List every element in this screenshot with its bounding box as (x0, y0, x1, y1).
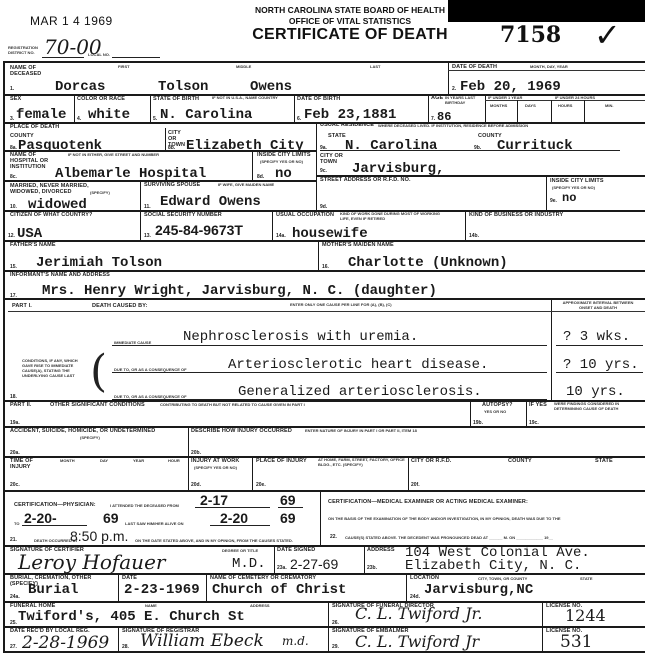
date-received-value: 2-28-1969 (22, 633, 109, 653)
usual-residence-label: USUAL RESIDENCE (320, 122, 374, 128)
surviving-spouse-label: SURVIVING SPOUSE (144, 182, 200, 188)
city-or-town-label: CITY OR TOWN (320, 153, 344, 165)
informant-value: Mrs. Henry Wright, Jarvisburg, N. C. (da… (42, 284, 437, 298)
state-of-birth-label: STATE OF BIRTH (153, 96, 199, 102)
conditions-note: CONDITIONS, IF ANY, WHICH GAVE RISE TO I… (22, 358, 84, 378)
state-of-birth-note: IF NOT IN U.S.A., NAME COUNTRY (212, 95, 282, 100)
month-label: MONTH (60, 458, 75, 463)
attended-from-label: I ATTENDED THE DECEASED FROM (110, 503, 179, 508)
embalmer-signature: C. L. Twiford Jr (355, 632, 479, 651)
hospital-value: Albemarle Hospital (55, 167, 206, 181)
other-conditions-note: CONTRIBUTING TO DEATH BUT NOT RELATED TO… (160, 402, 305, 407)
first-name-value: Dorcas (55, 80, 105, 94)
state-of-birth-value: N. Carolina (160, 108, 252, 122)
item-number: 23a. (277, 565, 287, 571)
race-value: white (88, 108, 130, 122)
last-label: LAST (370, 64, 380, 69)
embalmer-license-value: 531 (560, 632, 592, 652)
one-cause-note: ENTER ONLY ONE CAUSE PER LINE FOR (a), (… (290, 302, 392, 307)
item-number: 20d. (191, 482, 201, 488)
last-saw-label: LAST SAW HIM/HER ALIVE ON (125, 521, 184, 526)
me-pronounced-note: CAUSE(S) STATED ABOVE. THE DECEDENT WAS … (345, 535, 553, 540)
spouse-note: IF WIFE, GIVE MAIDEN NAME (218, 182, 274, 187)
autopsy-label: AUTOPSY? (482, 402, 513, 408)
other-conditions-label: OTHER SIGNIFICANT CONDITIONS (50, 402, 145, 408)
occupation-note: KIND OF WORK DONE DURING MOST OF WORKING… (340, 211, 450, 221)
first-label: FIRST (118, 64, 130, 69)
ssn-label: SOCIAL SECURITY NUMBER (144, 212, 222, 218)
marital-status-label: MARRIED, NEVER MARRIED, WIDOWED, DIVORCE… (10, 183, 90, 195)
injury-county-label: COUNTY (508, 458, 532, 464)
citizenship-value: USA (17, 227, 42, 241)
local-no-label: LOCAL NO. (88, 52, 110, 57)
date-of-birth-value: Feb 23,1881 (304, 108, 396, 122)
place-of-injury-note: AT HOME, FARM, STREET, FACTORY, OFFICE B… (318, 457, 408, 467)
agency-line-2: OFFICE OF VITAL STATISTICS (210, 16, 490, 26)
item-number: 28. (122, 644, 129, 650)
part-2-label: PART II. (10, 402, 31, 408)
inside-city-limits-label: INSIDE CITY LIMITS (257, 152, 311, 158)
cause-c-interval: 10 yrs. (566, 385, 625, 399)
degree-label: DEGREE OR TITLE (222, 548, 258, 553)
funeral-home-value: Twiford's, 405 E. Church St (18, 610, 245, 624)
registrar-suffix: m.d. (282, 634, 309, 648)
describe-injury-note: ENTER NATURE OF INJURY IN PART I OR PART… (305, 428, 417, 433)
item-number: 20e. (256, 482, 266, 488)
attended-from-value: 2-17 (200, 493, 228, 507)
cemetery-value: Church of Christ (212, 583, 346, 597)
hospital-label: NAME OF HOSPITAL OR INSTITUTION (10, 152, 58, 170)
street-address-label: STREET ADDRESS OR R.F.D. No. (320, 177, 411, 183)
attended-to-value: 2-20- (24, 511, 57, 525)
cause-c-value: Generalized arteriosclerosis. (238, 385, 482, 399)
specify-yes-no-note: (SPECIFY YES OR NO) (552, 185, 595, 190)
inside-city-limits-death-value: no (275, 167, 292, 181)
hospital-note: IF NOT IN EITHER, GIVE STREET AND NUMBER (68, 152, 159, 157)
location-state-label: STATE (580, 576, 593, 581)
item-number: 13. (144, 233, 151, 239)
describe-injury-label: DESCRIBE HOW INJURY OCCURRED (191, 428, 292, 434)
attended-from-year: 69 (280, 493, 296, 507)
days-label: DAYS (525, 103, 536, 108)
occupation-label: USUAL OCCUPATION (276, 212, 334, 218)
item-number: 29. (332, 644, 339, 650)
location-label: LOCATION (410, 575, 439, 581)
specify-note: (SPECIFY) (80, 435, 100, 440)
item-number: 20c. (10, 482, 20, 488)
item-number: 9c. (320, 168, 327, 174)
degree-value: M.D. (232, 557, 266, 571)
received-stamp: MAR 1 4 1969 (30, 14, 113, 28)
death-time-value: 8:50 p.m. (70, 529, 128, 543)
ssn-value: 245-84-9673T (155, 223, 243, 237)
day-label: DAY (100, 458, 108, 463)
months-label: MONTHS (490, 103, 507, 108)
item-number: 20f. (411, 482, 420, 488)
informant-label: INFORMANT'S NAME AND ADDRESS (10, 272, 110, 278)
surviving-spouse-value: Edward Owens (160, 195, 261, 209)
cause-b-interval: ? 10 yrs. (563, 358, 639, 372)
hour-label: HOUR (168, 458, 180, 463)
burial-date-value: 2-23-1969 (124, 583, 200, 597)
sex-label: SEX (10, 96, 21, 102)
hours-label: HOURS (558, 103, 572, 108)
burial-date-label: DATE (122, 575, 137, 581)
mother-label: MOTHER'S MAIDEN NAME (322, 242, 394, 248)
injury-at-work-label: INJURY AT WORK (191, 458, 239, 464)
residence-inside-city-limits-label: INSIDE CITY LIMITS (550, 178, 604, 184)
if-yes-note: WERE FINDINGS CONSIDERED IN DETERMINING … (554, 401, 642, 411)
registrar-signature: William Ebeck (140, 631, 264, 651)
city-or-rfd-label: CITY OR R.F.D. (411, 458, 451, 464)
autopsy-note: YES OR NO (484, 409, 506, 414)
age-label: AGE (431, 95, 443, 101)
cause-b-value: Arteriosclerotic heart disease. (228, 358, 488, 372)
item-number: 23b. (367, 565, 377, 571)
address-label: ADDRESS (367, 547, 395, 553)
item-number: 24d. (410, 594, 420, 600)
date-signed-label: DATE SIGNED (277, 547, 315, 553)
item-number: 14b. (469, 233, 479, 239)
specify-note: (SPECIFY) (90, 190, 110, 195)
address-line-2: Elizabeth City, N. C. (405, 559, 581, 573)
certifier-signature: Leroy Hofauer (18, 550, 165, 574)
fd-license-value: 1244 (565, 606, 606, 625)
age-note: IN YEARS LAST BIRTHDAY (445, 95, 480, 105)
race-label: COLOR OR RACE (77, 96, 125, 102)
cause-a-interval: ? 3 wks. (563, 330, 630, 344)
funeral-address-label: ADDRESS (250, 603, 270, 608)
year-label: YEAR (133, 458, 144, 463)
certificate-title: CERTIFICATE OF DEATH (210, 26, 490, 44)
check-mark-icon: ✓ (594, 16, 621, 54)
item-number: 21. (10, 537, 17, 543)
date-signed-value: 2-27-69 (290, 557, 338, 571)
burial-method-value: Burial (28, 583, 78, 597)
father-label: FATHER'S NAME (10, 242, 56, 248)
if-yes-label: IF YES (529, 402, 547, 408)
date-of-birth-label: DATE OF BIRTH (297, 96, 340, 102)
to-label: TO (14, 521, 19, 526)
registration-label: REGISTRATION DISTRICT NO. (8, 45, 42, 55)
place-of-injury-label: PLACE OF INJURY (256, 458, 307, 464)
usual-residence-note: WHERE DECEASED LIVED. IF INSTITUTION, RE… (378, 123, 528, 128)
on-date-stated-label: ON THE DATE STATED ABOVE, AND IN MY OPIN… (135, 538, 293, 543)
specify-yes-no-note: (SPECIFY YES OR NO) (260, 159, 303, 164)
death-caused-by-label: DEATH CAUSED BY: (92, 303, 147, 309)
middle-label: MIDDLE (236, 64, 251, 69)
bracket: ( (90, 350, 107, 394)
item-number: 14a. (276, 233, 286, 239)
injury-state-label: STATE (595, 458, 613, 464)
name-label: NAME (145, 603, 157, 608)
sex-value: female (16, 108, 66, 122)
accident-label: ACCIDENT, SUICIDE, HOMICIDE, OR UNDETERM… (10, 428, 155, 434)
place-of-death-label: PLACE OF DEATH (10, 124, 59, 130)
middle-name-value: Tolson (158, 80, 208, 94)
me-basis-note: ON THE BASIS OF THE EXAMINATION OF THE B… (328, 516, 561, 521)
item-number: 1. (10, 86, 14, 92)
time-of-injury-label: TIME OF INJURY (10, 458, 42, 470)
citizen-label: CITIZEN OF WHAT COUNTRY? (10, 212, 92, 218)
month-day-year-label: MONTH, DAY, YEAR (530, 64, 568, 69)
part-1-label: PART I. (12, 303, 32, 309)
agency-line-1: NORTH CAROLINA STATE BOARD OF HEALTH (210, 5, 490, 15)
last-saw-value: 2-20 (220, 511, 248, 525)
cemetery-label: NAME OF CEMETERY OR CREMATORY (210, 575, 316, 581)
occupation-value: housewife (292, 227, 368, 241)
attended-to-year: 69 (103, 511, 119, 525)
last-saw-year: 69 (280, 511, 296, 525)
min-label: MIN. (605, 103, 613, 108)
item-number: 9e. (550, 198, 557, 204)
certification-physician-label: CERTIFICATION—PHYSICIAN: (14, 502, 96, 508)
business-label: KIND OF BUSINESS OR INDUSTRY (469, 212, 563, 218)
item-number: 2. (452, 86, 456, 92)
item-number: 27. (10, 644, 17, 650)
state-label: STATE (328, 133, 346, 139)
location-value: Jarvisburg,NC (424, 583, 533, 597)
last-name-value: Owens (250, 80, 292, 94)
date-of-death-value: Feb 20, 1969 (460, 80, 561, 94)
father-name-value: Jerimiah Tolson (36, 256, 162, 270)
residence-inside-city-limits-value: no (562, 191, 576, 205)
mother-name-value: Charlotte (Unknown) (348, 256, 508, 270)
specify-yes-no-note: (SPECIFY YES OR NO) (194, 465, 237, 470)
funeral-director-signature: C. L. Twiford Jr. (355, 604, 482, 623)
item-number: 22. (330, 534, 337, 540)
location-note: CITY, TOWN, OR COUNTY (478, 576, 527, 581)
item-number: 24a. (10, 594, 20, 600)
certificate-number: 7158 (500, 22, 561, 48)
cause-a-value: Nephrosclerosis with uremia. (183, 330, 418, 344)
certification-me-label: CERTIFICATION—MEDICAL EXAMINER OR ACTING… (328, 499, 528, 505)
name-of-deceased-label: NAME OF DECEASED (10, 65, 50, 77)
item-number: 12. (8, 233, 15, 239)
interval-label: APPROXIMATE INTERVAL BETWEEN ONSET AND D… (558, 300, 638, 310)
residence-city-value: Jarvisburg, (352, 162, 444, 176)
